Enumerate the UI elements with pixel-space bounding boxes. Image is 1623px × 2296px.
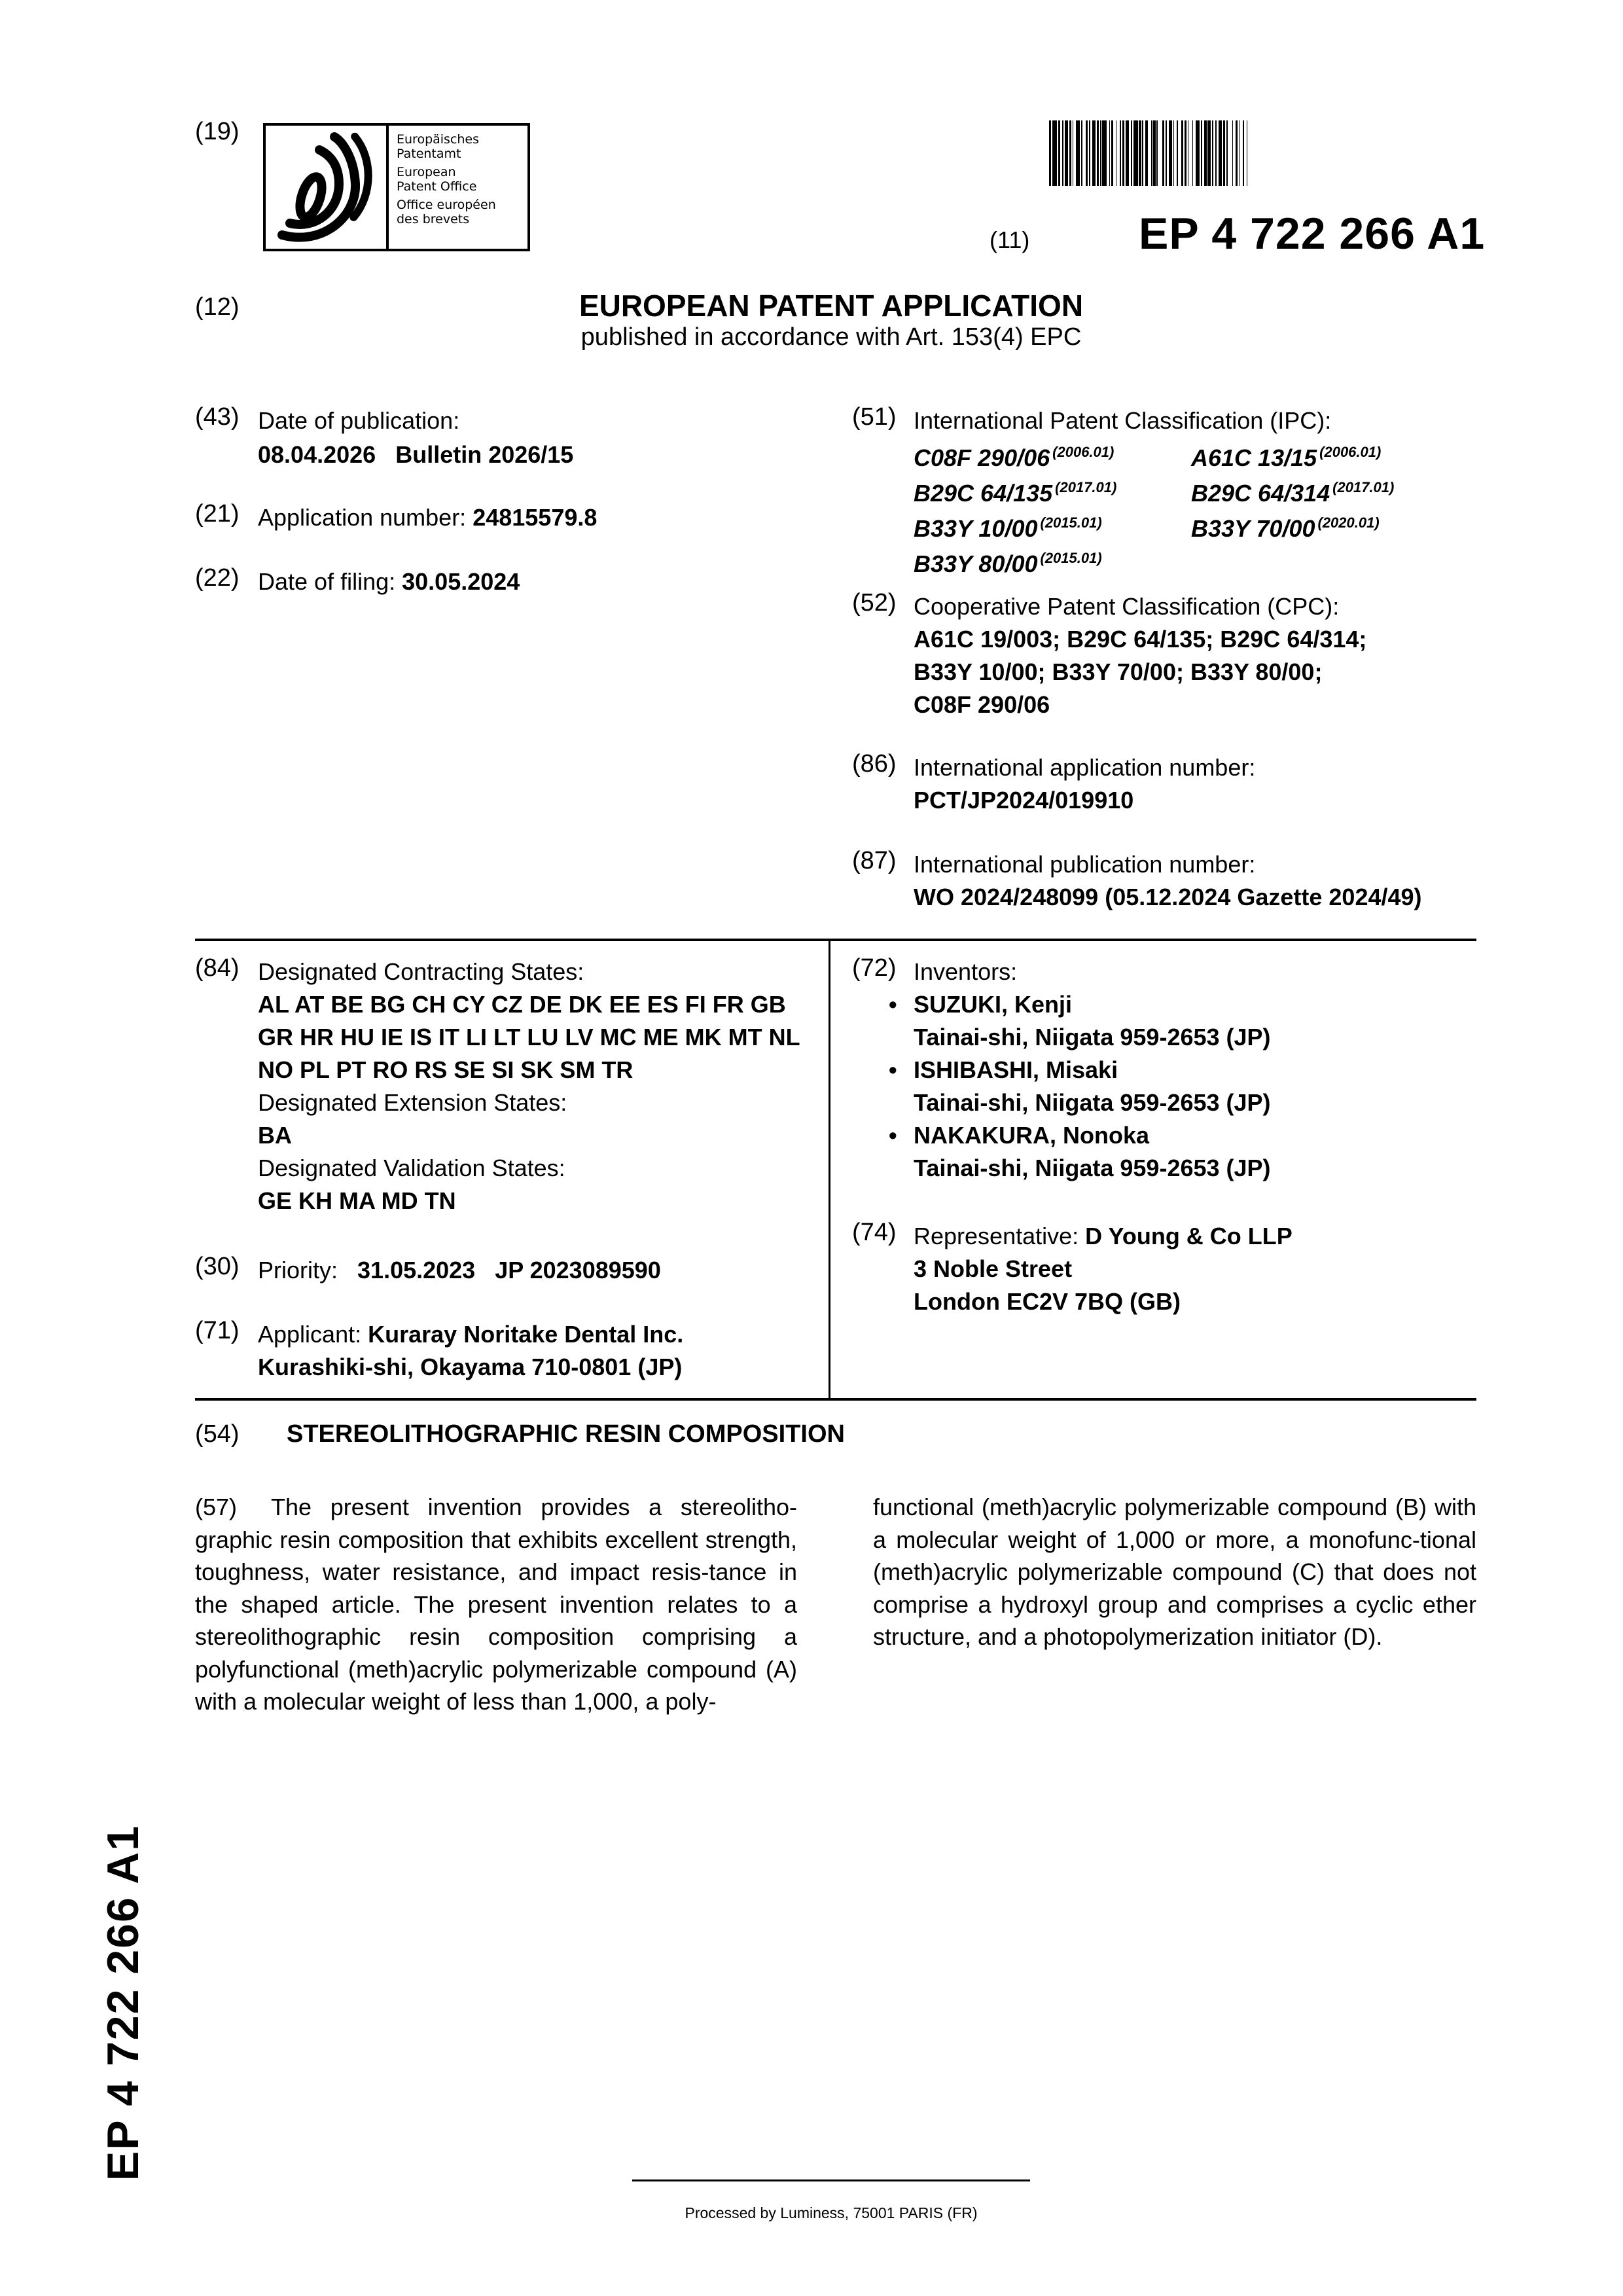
intl-publication-value: WO 2024/248099 (05.12.2024 Gazette 2024/… — [914, 881, 1422, 914]
ipc-code: C08F 290/06(2006.01) — [914, 437, 1191, 473]
extension-states-label: Designated Extension States: — [258, 1086, 800, 1119]
priority-field: Priority: 31.05.2023 JP 2023089590 — [258, 1254, 661, 1287]
inid-86: (86) — [852, 750, 897, 778]
ipc-row: C08F 290/06(2006.01)A61C 13/15(2006.01) — [914, 437, 1469, 473]
inventor-name: SUZUKI, Kenji — [914, 988, 1271, 1021]
ipc-grid: C08F 290/06(2006.01)A61C 13/15(2006.01)B… — [914, 437, 1469, 579]
abstract-text-left: The present invention provides a stereol… — [195, 1494, 797, 1715]
validation-states-label: Designated Validation States: — [258, 1152, 800, 1185]
invention-title: STEREOLITHOGRAPHIC RESIN COMPOSITION — [287, 1420, 845, 1448]
inventor-item: •NAKAKURA, NonokaTainai-shi, Niigata 959… — [914, 1119, 1271, 1185]
representative-field: Representative: D Young & Co LLP 3 Noble… — [914, 1220, 1293, 1318]
intl-application-field: International application number: PCT/JP… — [914, 751, 1255, 817]
application-number-label: Application number: — [258, 504, 466, 531]
logo-line-fr-2: des brevets — [397, 212, 469, 226]
ipc-code: B33Y 70/00(2020.01) — [1191, 508, 1469, 543]
inid-54: (54) — [195, 1420, 240, 1448]
ipc-row: B33Y 10/00(2015.01)B33Y 70/00(2020.01) — [914, 508, 1469, 543]
logo-line-de-1: Europäisches — [397, 132, 479, 147]
publication-date-label: Date of publication: — [258, 404, 573, 437]
contracting-states-line: GR HR HU IE IS IT LI LT LU LV MC ME MK M… — [258, 1021, 800, 1054]
intl-application-label: International application number: — [914, 751, 1255, 784]
document-subtype: published in accordance with Art. 153(4)… — [556, 323, 1106, 351]
logo-line-en-1: European — [397, 165, 456, 179]
ipc-label: International Patent Classification (IPC… — [914, 404, 1469, 437]
footer-rule — [632, 2179, 1030, 2181]
priority-date: 31.05.2023 — [357, 1257, 475, 1283]
ipc-version: (2006.01) — [1052, 444, 1114, 460]
filing-date-field: Date of filing: 30.05.2024 — [258, 565, 520, 598]
abstract-right-column: functional (meth)acrylic polymerizable c… — [873, 1491, 1476, 1653]
filing-date-value: 30.05.2024 — [402, 568, 520, 595]
epo-logo: EuropäischesPatentamt EuropeanPatent Off… — [263, 123, 530, 251]
ipc-row: B29C 64/135(2017.01)B29C 64/314(2017.01) — [914, 473, 1469, 508]
abstract-left-column: (57)The present invention provides a ste… — [195, 1491, 797, 1718]
ipc-version: (2017.01) — [1332, 479, 1394, 495]
application-number-value: 24815579.8 — [473, 504, 597, 531]
epo-logo-icon — [266, 126, 389, 249]
designated-states-field: Designated Contracting States: AL AT BE … — [258, 956, 800, 1217]
logo-line-de-2: Patentamt — [397, 147, 461, 161]
inid-19: (19) — [195, 118, 240, 146]
inid-51: (51) — [852, 403, 897, 431]
inid-57: (57) — [195, 1494, 237, 1520]
divider-top — [195, 939, 1476, 941]
publication-number: EP 4 722 266 A1 — [1139, 208, 1485, 259]
applicant-address: Kurashiki-shi, Okayama 710-0801 (JP) — [258, 1351, 683, 1384]
cpc-line: C08F 290/06 — [914, 689, 1366, 721]
contracting-states-label: Designated Contracting States: — [258, 956, 800, 988]
side-publication-number-text: EP 4 722 266 A1 — [98, 1825, 149, 2181]
applicant-label: Applicant: — [258, 1321, 361, 1348]
publication-date-value: 08.04.2026 — [258, 441, 376, 468]
inventor-item: •ISHIBASHI, MisakiTainai-shi, Niigata 95… — [914, 1054, 1271, 1119]
inventor-address: Tainai-shi, Niigata 959-2653 (JP) — [914, 1021, 1271, 1054]
representative-address-line: 3 Noble Street — [914, 1253, 1293, 1285]
bullet-icon: • — [889, 1119, 897, 1152]
ipc-code: B29C 64/135(2017.01) — [914, 473, 1191, 508]
abstract-text-right: functional (meth)acrylic polymerizable c… — [873, 1494, 1476, 1650]
inventor-item: •SUZUKI, KenjiTainai-shi, Niigata 959-26… — [914, 988, 1271, 1054]
inid-30: (30) — [195, 1253, 240, 1281]
ipc-code: B29C 64/314(2017.01) — [1191, 473, 1469, 508]
cpc-label: Cooperative Patent Classification (CPC): — [914, 590, 1366, 623]
inventor-name: ISHIBASHI, Misaki — [914, 1054, 1271, 1086]
representative-name: D Young & Co LLP — [1085, 1223, 1293, 1249]
inid-52: (52) — [852, 589, 897, 617]
intl-publication-field: International publication number: WO 202… — [914, 848, 1422, 914]
validation-states-value: GE KH MA MD TN — [258, 1185, 800, 1217]
publication-date-field: Date of publication: 08.04.2026 Bulletin… — [258, 404, 573, 471]
epo-logo-text: EuropäischesPatentamt EuropeanPatent Off… — [389, 126, 527, 249]
bullet-icon: • — [889, 1054, 897, 1086]
ipc-row: B33Y 80/00(2015.01) — [914, 543, 1469, 579]
ipc-version: (2015.01) — [1041, 550, 1102, 566]
intl-application-value: PCT/JP2024/019910 — [914, 784, 1255, 817]
barcode-icon — [1049, 120, 1357, 186]
contracting-states-line: NO PL PT RO RS SE SI SK SM TR — [258, 1054, 800, 1086]
inid-72: (72) — [852, 954, 897, 982]
application-number-field: Application number: 24815579.8 — [258, 501, 597, 534]
inventor-address: Tainai-shi, Niigata 959-2653 (JP) — [914, 1152, 1271, 1185]
ipc-code: A61C 13/15(2006.01) — [1191, 437, 1469, 473]
priority-label: Priority: — [258, 1257, 338, 1283]
inid-21: (21) — [195, 500, 240, 528]
inventors-field: Inventors: •SUZUKI, KenjiTainai-shi, Nii… — [914, 956, 1271, 1185]
inid-71: (71) — [195, 1317, 240, 1345]
intl-publication-label: International publication number: — [914, 848, 1422, 881]
contracting-states-line: AL AT BE BG CH CY CZ DE DK EE ES FI FR G… — [258, 988, 800, 1021]
inid-84: (84) — [195, 954, 240, 982]
representative-label: Representative: — [914, 1223, 1079, 1249]
bullet-icon: • — [889, 988, 897, 1021]
extension-states-value: BA — [258, 1119, 800, 1152]
ipc-code: B33Y 10/00(2015.01) — [914, 508, 1191, 543]
applicant-name: Kuraray Noritake Dental Inc. — [368, 1321, 683, 1348]
inventor-name: NAKAKURA, Nonoka — [914, 1119, 1271, 1152]
inid-43: (43) — [195, 403, 240, 431]
inventors-label: Inventors: — [914, 956, 1271, 988]
ipc-field: International Patent Classification (IPC… — [914, 404, 1469, 579]
inid-12: (12) — [195, 293, 240, 321]
representative-address-line: London EC2V 7BQ (GB) — [914, 1285, 1293, 1318]
ipc-version: (2020.01) — [1318, 514, 1380, 531]
logo-line-en-2: Patent Office — [397, 179, 476, 194]
cpc-line: A61C 19/003; B29C 64/135; B29C 64/314; — [914, 623, 1366, 656]
inid-74: (74) — [852, 1219, 897, 1247]
side-publication-number: EP 4 722 266 A1 — [71, 1846, 175, 2160]
inid-87: (87) — [852, 847, 897, 875]
divider-vertical — [829, 939, 830, 1401]
document-type: EUROPEAN PATENT APPLICATION — [556, 288, 1106, 323]
footer-text: Processed by Luminess, 75001 PARIS (FR) — [628, 2204, 1034, 2222]
cpc-line: B33Y 10/00; B33Y 70/00; B33Y 80/00; — [914, 656, 1366, 689]
ipc-version: (2006.01) — [1319, 444, 1381, 460]
divider-bottom — [195, 1398, 1476, 1401]
bulletin-number: Bulletin 2026/15 — [395, 441, 573, 468]
priority-number: JP 2023089590 — [495, 1257, 661, 1283]
filing-date-label: Date of filing: — [258, 568, 395, 595]
inid-22: (22) — [195, 564, 240, 592]
inventor-list: •SUZUKI, KenjiTainai-shi, Niigata 959-26… — [914, 988, 1271, 1185]
logo-line-fr-1: Office européen — [397, 198, 496, 212]
inid-11: (11) — [990, 226, 1029, 254]
inventor-address: Tainai-shi, Niigata 959-2653 (JP) — [914, 1086, 1271, 1119]
ipc-version: (2015.01) — [1041, 514, 1102, 531]
ipc-code: B33Y 80/00(2015.01) — [914, 543, 1191, 579]
ipc-version: (2017.01) — [1055, 479, 1116, 495]
applicant-field: Applicant: Kuraray Noritake Dental Inc. … — [258, 1318, 683, 1384]
cpc-field: Cooperative Patent Classification (CPC):… — [914, 590, 1366, 721]
